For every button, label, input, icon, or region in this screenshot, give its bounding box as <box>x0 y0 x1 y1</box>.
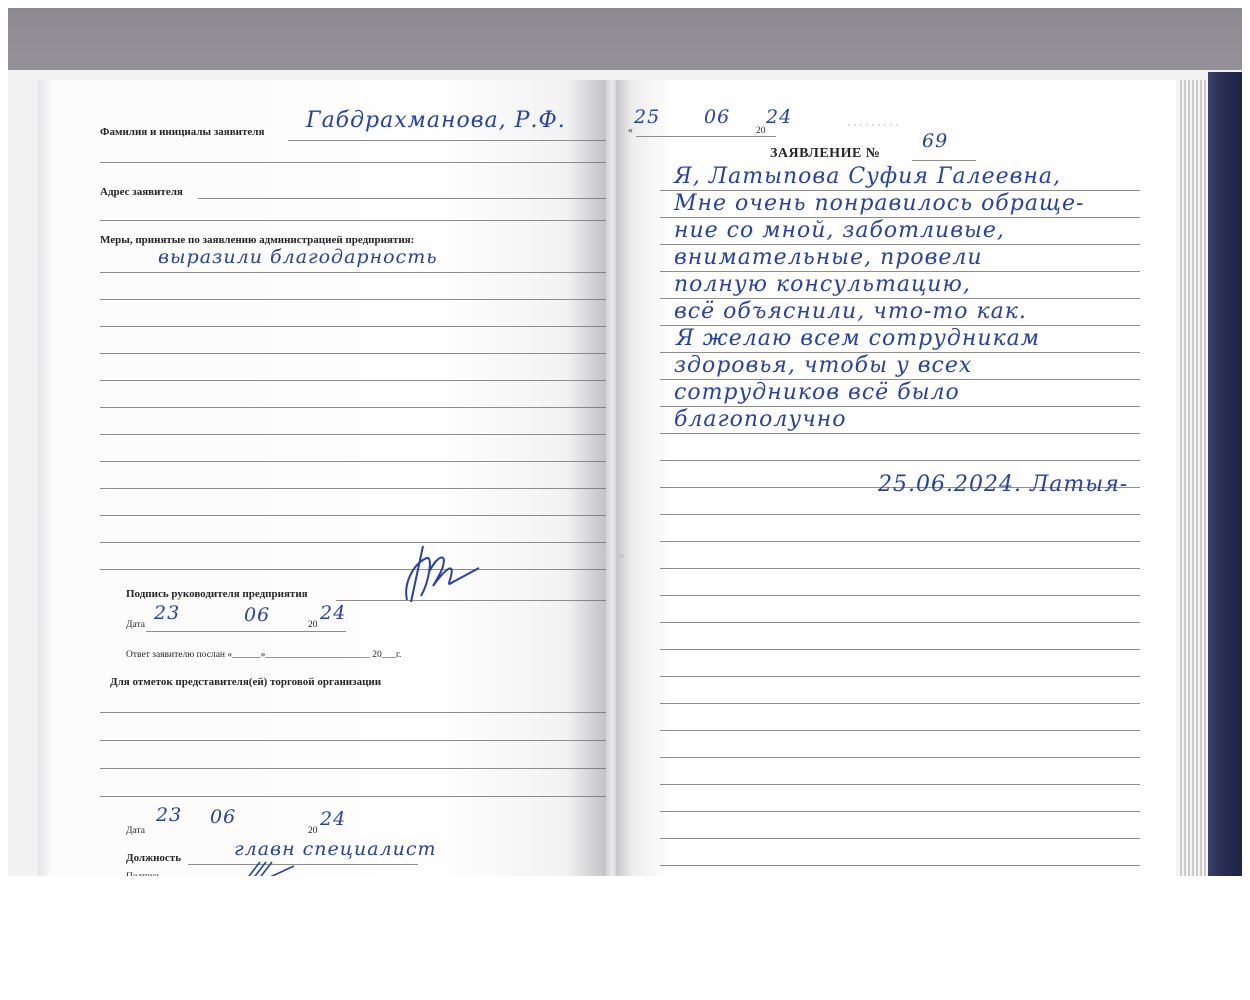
bleed-through-text: ……… <box>846 110 900 131</box>
statement-body-line: ние со мной, заботливые, <box>674 218 1005 243</box>
position-label: Должность <box>126 852 181 864</box>
statement-body-line: внимательные, провели <box>674 245 983 270</box>
position-value: главн специалист <box>234 838 437 860</box>
date1-day: 23 <box>154 602 180 624</box>
rule <box>660 433 1140 434</box>
reply-sent-label: Ответ заявителю послан «______»_________… <box>126 650 401 660</box>
rule <box>100 380 608 381</box>
signature-label: Подпись <box>126 872 161 876</box>
rule <box>100 220 608 221</box>
rule <box>660 514 1140 515</box>
applicant-name-value: Габдрахманова, Р.Ф. <box>306 108 566 133</box>
rule <box>100 299 608 300</box>
rule <box>100 407 608 408</box>
date1-month: 06 <box>244 604 270 626</box>
statement-body-line: Я желаю всем сотрудникам <box>676 326 1040 351</box>
rule <box>100 488 608 489</box>
right-page: ……… « 25 06 20 24 ЗАЯВЛЕНИЕ № 69 Я, Латы… <box>616 80 1176 876</box>
statement-body-line: здоровья, чтобы у всех <box>674 353 972 378</box>
rule <box>660 838 1140 839</box>
rule <box>660 703 1140 704</box>
statement-date-year-prefix: 20 <box>756 126 766 136</box>
date-open-quote: « <box>628 126 633 136</box>
statement-title: ЗАЯВЛЕНИЕ № <box>770 146 880 162</box>
rule <box>660 568 1140 569</box>
rule <box>660 622 1140 623</box>
statement-closing-signature: 25.06.2024. Латыя- <box>878 472 1128 497</box>
measures-value: выразили благодарность <box>158 246 438 268</box>
manager-signature-label: Подпись руководителя предприятия <box>126 588 308 600</box>
statement-number: 69 <box>922 130 948 152</box>
applicant-name-line <box>288 140 608 141</box>
left-page: Фамилия и инициалы заявителя Габдрахмано… <box>38 80 613 876</box>
rule <box>660 676 1140 677</box>
measures-label: Меры, принятые по заявлению администраци… <box>100 234 414 246</box>
statement-body-line: всё объяснили, что-то как. <box>674 299 1027 324</box>
date1-year-prefix: 20 <box>308 620 318 630</box>
statement-body-line: Я, Латыпова Суфия Галеевна, <box>674 164 1061 189</box>
date1-line <box>146 631 346 632</box>
manager-signature-icon <box>393 542 483 606</box>
position-line <box>188 864 418 865</box>
rule <box>100 353 608 354</box>
rule <box>100 272 608 273</box>
address-label: Адрес заявителя <box>100 186 183 198</box>
rule <box>660 865 1140 866</box>
statement-number-line <box>912 160 976 161</box>
rule <box>660 784 1140 785</box>
page-edges <box>1178 80 1208 876</box>
statement-body-line: благополучно <box>674 407 847 432</box>
rule <box>660 757 1140 758</box>
statement-body-line: полную консультацию, <box>674 272 971 297</box>
rule <box>100 162 608 163</box>
statement-date-line <box>636 136 776 137</box>
rule <box>660 541 1140 542</box>
address-line <box>198 198 608 199</box>
date2-label: Дата <box>126 826 145 836</box>
date1-year: 24 <box>320 602 346 624</box>
rule <box>100 326 608 327</box>
statement-body-line: Мне очень понравилось обраще- <box>674 191 1084 216</box>
scanned-book-spread: Фамилия и инициалы заявителя Габдрахмано… <box>8 8 1242 876</box>
rule <box>100 712 608 713</box>
rule <box>100 461 608 462</box>
rule <box>100 434 608 435</box>
statement-date-month: 06 <box>704 106 730 128</box>
book-cover <box>1208 72 1242 876</box>
date2-year: 24 <box>320 808 346 830</box>
date1-label: Дата <box>126 620 145 630</box>
org-rep-label: Для отметок представителя(ей) торговой о… <box>110 676 381 688</box>
representative-signature-icon <box>238 860 298 876</box>
binding-hole <box>616 554 624 558</box>
rule <box>660 811 1140 812</box>
rule <box>660 730 1140 731</box>
rule <box>660 460 1140 461</box>
statement-date-year: 24 <box>766 106 792 128</box>
statement-body-line: сотрудников всё было <box>674 380 960 405</box>
rule <box>100 768 608 769</box>
rule <box>100 569 608 570</box>
rule <box>100 542 608 543</box>
date2-month: 06 <box>210 806 236 828</box>
rule <box>100 796 608 797</box>
rule <box>660 595 1140 596</box>
date2-day: 23 <box>156 804 182 826</box>
date2-year-prefix: 20 <box>308 826 318 836</box>
applicant-name-label: Фамилия и инициалы заявителя <box>100 126 264 138</box>
rule <box>660 649 1140 650</box>
rule <box>100 740 608 741</box>
rule <box>100 515 608 516</box>
statement-date-day: 25 <box>634 106 660 128</box>
